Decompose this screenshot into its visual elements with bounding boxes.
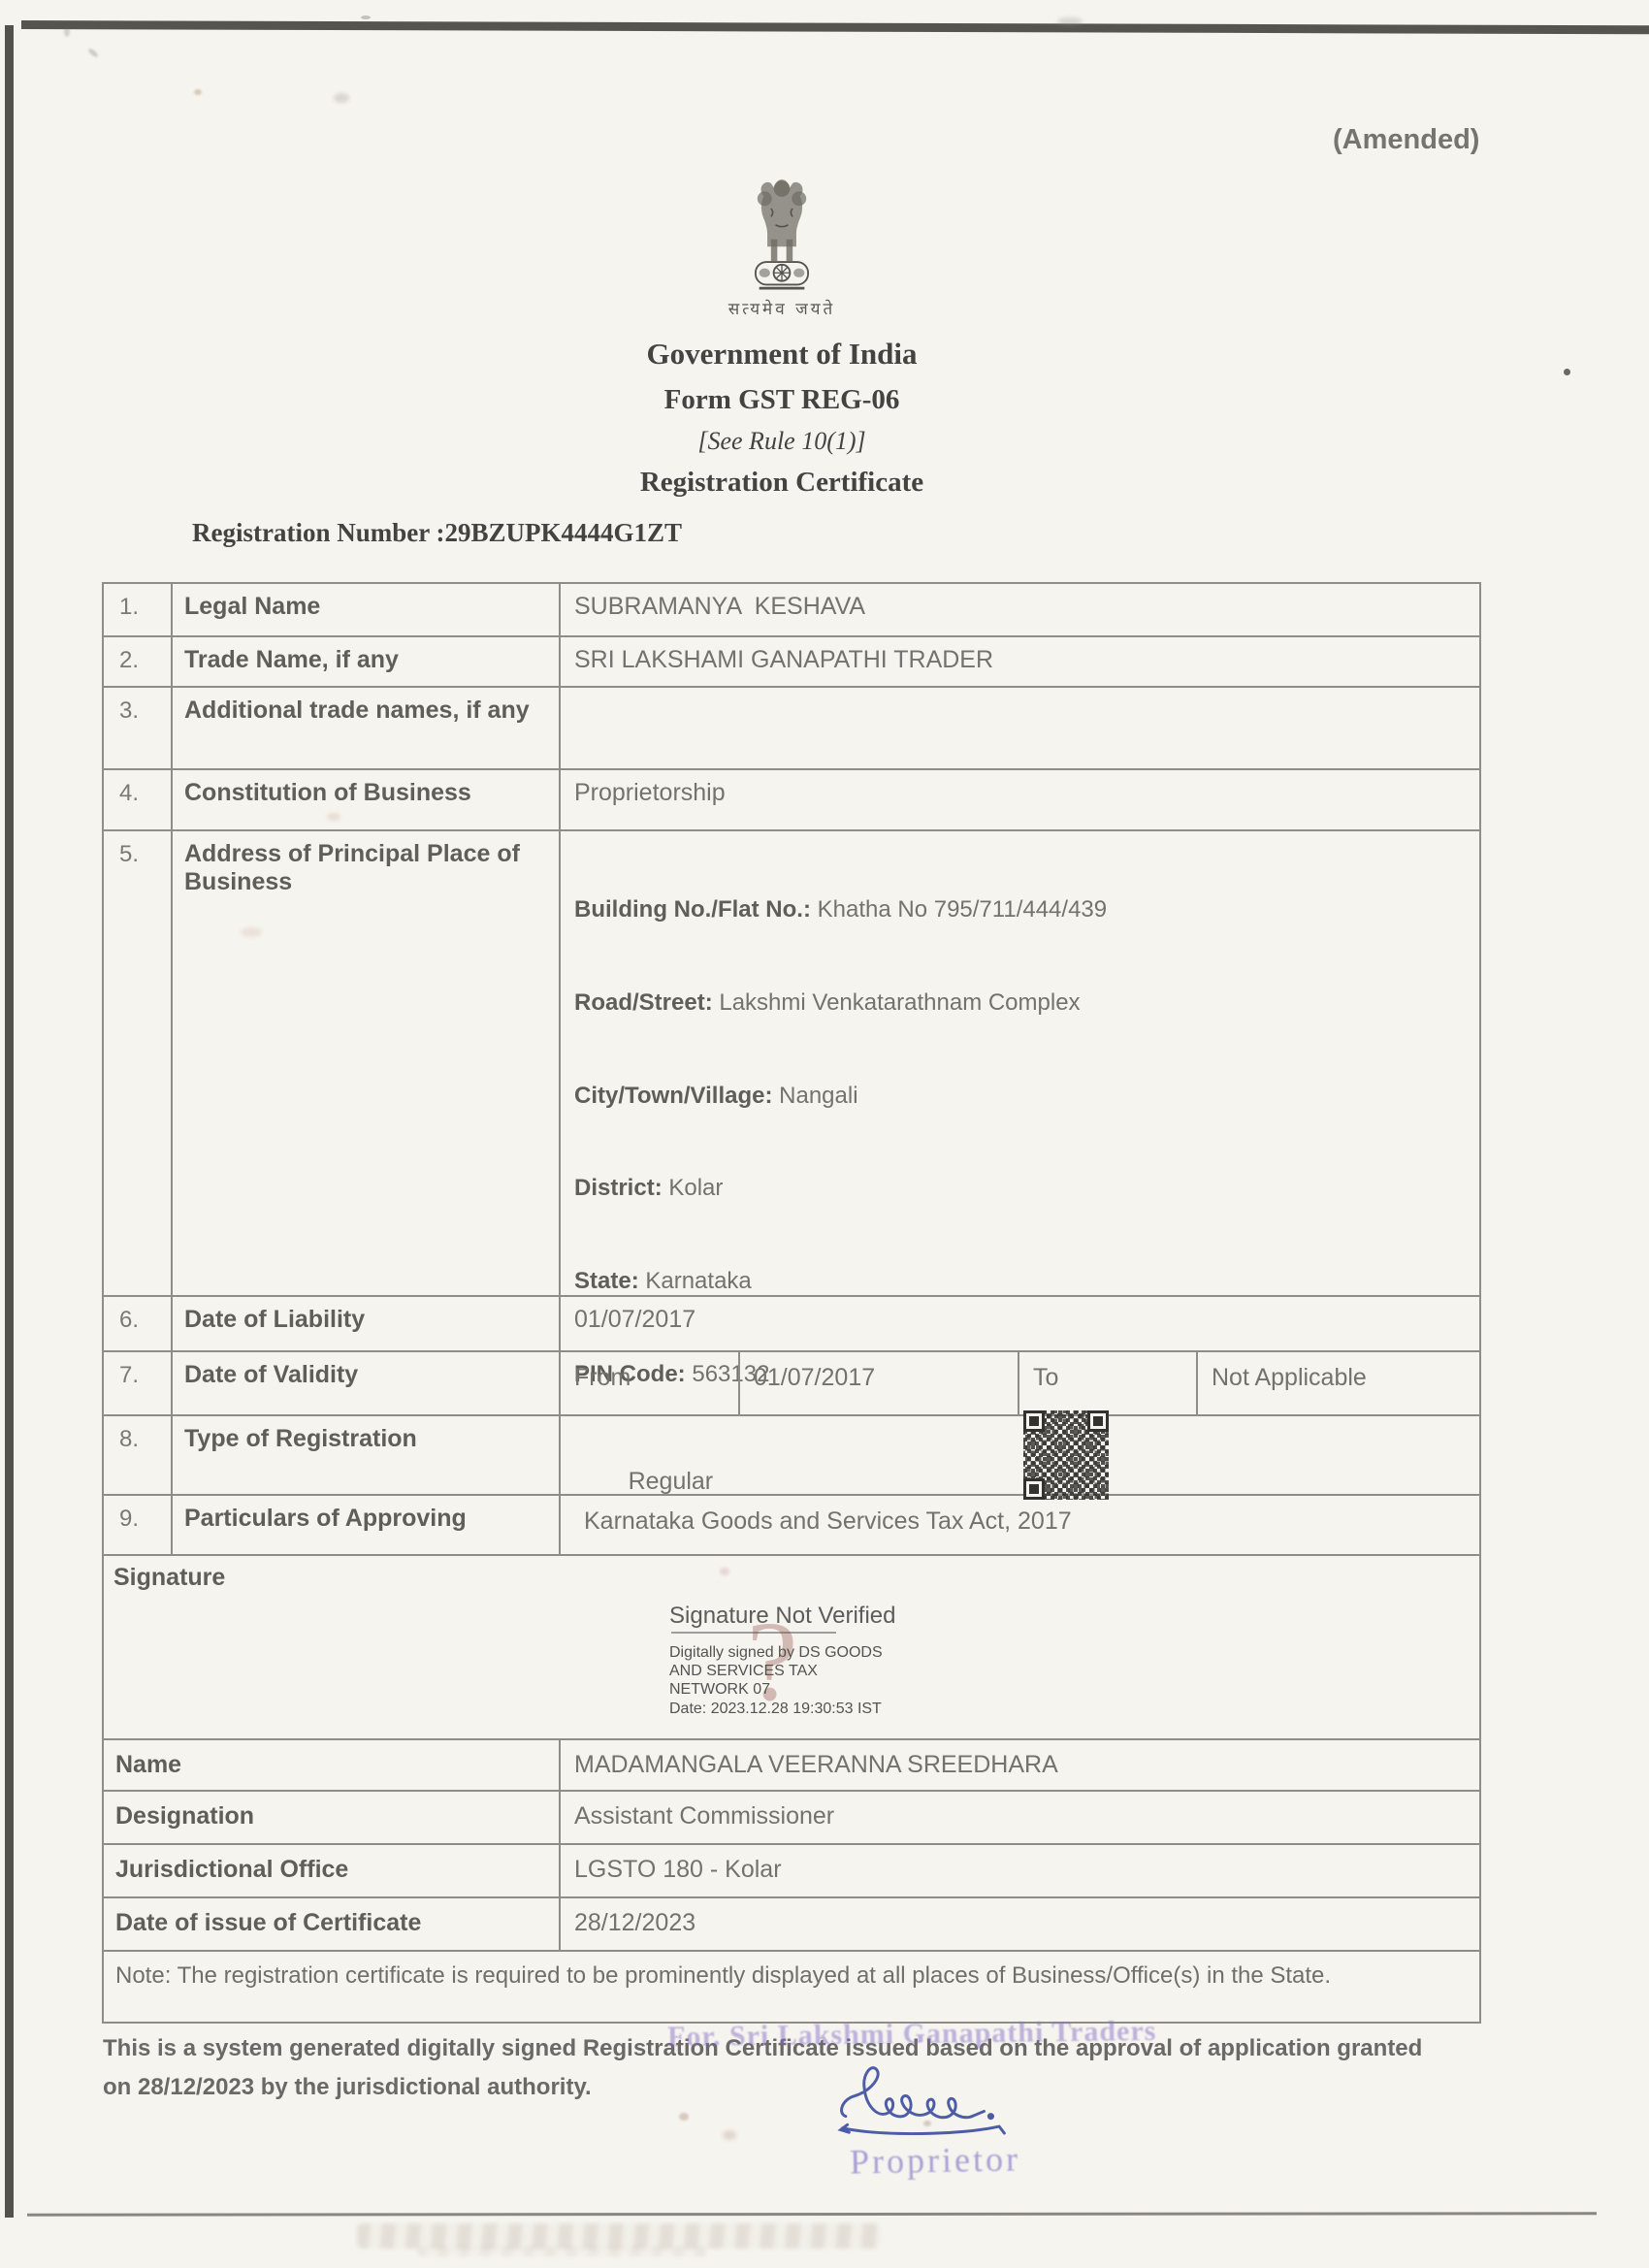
row-label: Trade Name, if any <box>173 637 561 686</box>
address-field-label: State: <box>574 1268 639 1294</box>
row-number: 4. <box>104 770 173 829</box>
validity-to-label: To <box>1019 1352 1198 1414</box>
certificate-table: 1. Legal Name SUBRAMANYA KESHAVA 2. Trad… <box>102 582 1481 2024</box>
company-stamp: For. Sri Lakshmi Ganapathi Traders <box>667 2015 1157 2054</box>
scan-edge-left <box>5 25 14 2218</box>
validity-sub-row: From 01/07/2017 To Not Applicable <box>561 1352 1479 1414</box>
table-row-designation: Designation Assistant Commissioner <box>104 1792 1479 1845</box>
table-row-trade-name: 2. Trade Name, if any SRI LAKSHAMI GANAP… <box>104 637 1479 688</box>
row-value: Karnataka Goods and Services Tax Act, 20… <box>561 1496 1479 1554</box>
address-field-label: Building No./Flat No.: <box>574 896 811 923</box>
row-number: 8. <box>104 1416 173 1494</box>
row-value <box>561 688 1479 768</box>
address-field-value: Karnataka <box>645 1268 751 1294</box>
table-row-legal-name: 1. Legal Name SUBRAMANYA KESHAVA <box>104 584 1479 637</box>
amended-label: (Amended) <box>1333 124 1479 156</box>
footer-line-2: on 28/12/2023 by the jurisdictional auth… <box>103 2074 592 2101</box>
scan-speck <box>87 48 99 59</box>
row-value: Regular <box>561 1416 1479 1494</box>
row-label: Jurisdictional Office <box>104 1845 561 1896</box>
scan-speck <box>334 93 349 103</box>
row-value: Assistant Commissioner <box>561 1792 1479 1843</box>
row-label: Legal Name <box>173 584 561 635</box>
qr-code-icon <box>1023 1410 1109 1500</box>
row-label: Constitution of Business <box>173 770 561 829</box>
scan-speck <box>723 2130 736 2140</box>
table-row-signature: Signature ? Signature Not Verified Digit… <box>104 1556 1479 1740</box>
row-value-address: Building No./Flat No.: Khatha No 795/711… <box>561 831 1479 1295</box>
signature-row-label: Signature <box>104 1556 225 1738</box>
table-row-address: 5. Address of Principal Place of Busines… <box>104 831 1479 1297</box>
row-value: 01/07/2017 <box>561 1297 1479 1350</box>
national-emblem-icon <box>741 171 823 301</box>
table-row-particulars-of-approving: 9. Particulars of Approving Karnataka Go… <box>104 1496 1479 1556</box>
address-field-label: District: <box>574 1175 663 1201</box>
scan-edge-bottom <box>27 2212 1597 2216</box>
table-row-constitution: 4. Constitution of Business Proprietorsh… <box>104 770 1479 831</box>
row-label: Date of Validity <box>173 1352 561 1414</box>
table-row-type-of-registration: 8. Type of Registration Regular <box>104 1416 1479 1496</box>
address-line: Building No./Flat No.: Khatha No 795/711… <box>574 896 1470 924</box>
signature-date-line: Date: 2023.12.28 19:30:53 IST <box>669 1700 1115 1718</box>
row-value: 28/12/2023 <box>561 1898 1479 1950</box>
scan-speck <box>194 89 202 95</box>
gst-registration-certificate-page: (Amended) सत्यमेव जयते Government of Ind… <box>0 0 1649 2268</box>
validity-to-value: Not Applicable <box>1198 1352 1479 1414</box>
row-value: LGSTO 180 - Kolar <box>561 1845 1479 1896</box>
validity-from-label: From <box>561 1352 740 1414</box>
validity-from-value: 01/07/2017 <box>740 1352 1019 1414</box>
row-number: 6. <box>104 1297 173 1350</box>
scan-speck <box>327 813 340 821</box>
qr-finder-pattern <box>1023 1410 1045 1432</box>
row-number: 7. <box>104 1352 173 1414</box>
table-row-date-of-issue: Date of issue of Certificate 28/12/2023 <box>104 1898 1479 1952</box>
row-label: Type of Registration <box>173 1416 561 1494</box>
scan-speck <box>923 2121 931 2126</box>
ink-bleed-ghost <box>357 2223 881 2249</box>
digitally-signed-line: NETWORK 07 <box>669 1680 1115 1699</box>
proprietor-stamp: Proprietor <box>850 2138 1021 2182</box>
address-field-label: City/Town/Village: <box>574 1083 772 1109</box>
address-line: District: Kolar <box>574 1175 1470 1203</box>
scan-speck <box>679 2113 689 2121</box>
registration-type-value: Regular <box>629 1468 714 1495</box>
row-value: Proprietorship <box>561 770 1479 829</box>
row-label: Name <box>104 1740 561 1790</box>
row-number: 2. <box>104 637 173 686</box>
row-label: Particulars of Approving <box>173 1496 561 1554</box>
address-field-value: Lakshmi Venkatarathnam Complex <box>719 989 1080 1016</box>
row-label: Date of Liability <box>173 1297 561 1350</box>
title-see-rule: [See Rule 10(1)] <box>442 427 1121 456</box>
row-label: Designation <box>104 1792 561 1843</box>
title-registration-certificate: Registration Certificate <box>442 467 1121 499</box>
scan-speck <box>64 27 70 37</box>
row-number: 1. <box>104 584 173 635</box>
title-form-gst-reg-06: Form GST REG-06 <box>442 384 1121 416</box>
digital-signature-block: ? Signature Not Verified Digitally signe… <box>669 1603 1115 1718</box>
address-field-label: Road/Street: <box>574 989 713 1016</box>
ink-bleed-ghost <box>417 2247 708 2256</box>
scan-speck <box>361 16 371 19</box>
row-label: Additional trade names, if any <box>173 688 561 768</box>
row-value: MADAMANGALA VEERANNA SREEDHARA <box>561 1740 1479 1790</box>
digitally-signed-line: Digitally signed by DS GOODS <box>669 1643 1115 1662</box>
scan-speck <box>241 927 262 937</box>
row-label: Date of issue of Certificate <box>104 1898 561 1950</box>
registration-number: Registration Number :29BZUPK4444G1ZT <box>192 518 682 548</box>
row-number: 5. <box>104 831 173 1295</box>
address-line: State: Karnataka <box>574 1268 1470 1296</box>
address-field-value: Nangali <box>779 1083 857 1109</box>
row-value: SUBRAMANYA KESHAVA <box>561 584 1479 635</box>
scan-speck <box>1057 17 1083 25</box>
table-row-note: Note: The registration certificate is re… <box>104 1952 1479 2022</box>
table-row-jurisdictional-office: Jurisdictional Office LGSTO 180 - Kolar <box>104 1845 1479 1898</box>
row-number: 9. <box>104 1496 173 1554</box>
row-value: SRI LAKSHAMI GANAPATHI TRADER <box>561 637 1479 686</box>
table-row-additional-trade-names: 3. Additional trade names, if any <box>104 688 1479 770</box>
scan-edge-top <box>21 20 1649 34</box>
address-line: City/Town/Village: Nangali <box>574 1083 1470 1111</box>
table-row-date-of-validity: 7. Date of Validity From 01/07/2017 To N… <box>104 1352 1479 1416</box>
row-label: Address of Principal Place of Business <box>173 831 561 1295</box>
scan-speck <box>1564 369 1570 375</box>
row-number: 3. <box>104 688 173 768</box>
address-line: Road/Street: Lakshmi Venkatarathnam Comp… <box>574 989 1470 1018</box>
address-field-value: Khatha No 795/711/444/439 <box>818 896 1107 923</box>
note-text: Note: The registration certificate is re… <box>104 1952 1477 2022</box>
qr-finder-pattern <box>1087 1410 1109 1432</box>
signature-status-text: Signature Not Verified <box>669 1603 1115 1630</box>
signature-status-underline <box>671 1632 836 1634</box>
scan-speck <box>720 1568 729 1575</box>
title-government-of-india: Government of India <box>442 337 1121 372</box>
emblem-caption: सत्यमेव जयते <box>685 297 879 319</box>
table-row-date-of-liability: 6. Date of Liability 01/07/2017 <box>104 1297 1479 1352</box>
address-field-value: Kolar <box>668 1175 723 1201</box>
digitally-signed-line: AND SERVICES TAX <box>669 1662 1115 1680</box>
table-row-name: Name MADAMANGALA VEERANNA SREEDHARA <box>104 1740 1479 1792</box>
